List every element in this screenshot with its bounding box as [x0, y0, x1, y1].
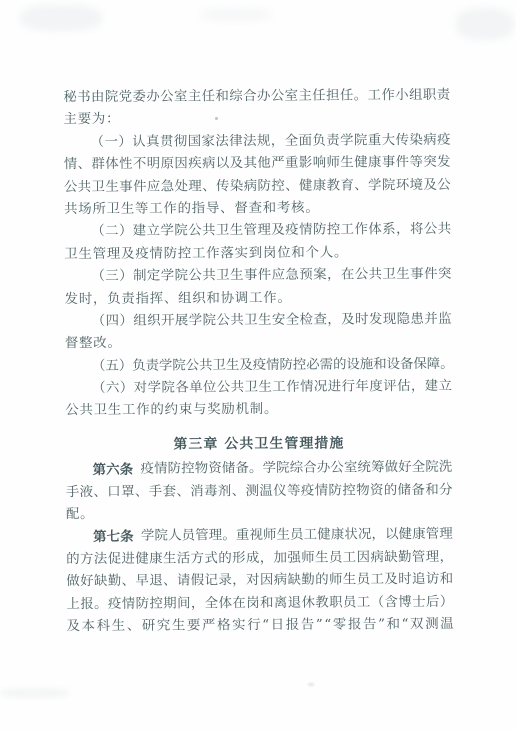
- text-line: 公共卫生工作的约束与奖励机制。: [65, 398, 452, 423]
- scan-smudge: [456, 8, 514, 40]
- text-line: 情、群体性不明原因疾病以及其他严重影响师生健康事件等突发: [64, 152, 451, 177]
- text-line: 手液、口罩、手套、消毒剂、测温仪等疫情防控物资的储备和分: [66, 479, 453, 504]
- text-line: 及本科生、研究生要严格实行“日报告”“零报告”和“双测温: [67, 614, 454, 639]
- text-line: 配。: [66, 502, 453, 527]
- text-line: （三）制定学院公共卫生事件应急预案，在公共卫生事件突: [64, 264, 451, 289]
- text-line: 的方法促进健康生活方式的形成，加强师生员工因病缺勤管理，: [66, 547, 453, 572]
- text-line: （一）认真贯彻国家法律法规，全面负责学院重大传染病疫: [64, 130, 451, 155]
- text-line: 主要为：: [63, 107, 450, 132]
- scan-smudge: [0, 688, 70, 698]
- text-line: 上报。疫情防控期间，全体在岗和离退休教职员工（含博士后）: [66, 591, 453, 616]
- chapter-heading: 第三章 公共卫生管理措施: [65, 432, 452, 457]
- text-line: 共场所卫生等工作的指导、督查和考核。: [64, 197, 451, 222]
- text-line: （五）负责学院公共卫生及疫情防控必需的设施和设备保障。: [65, 354, 452, 379]
- text-line: 公共卫生事件应急处理、传染病防控、健康教育、学院环境及公: [64, 174, 451, 199]
- document-text: 秘书由院党委办公室主任和综合办公室主任担任。工作小组职责主要为：（一）认真贯彻国…: [63, 85, 453, 639]
- text-line: 卫生管理及疫情防控工作落实到岗位和个人。: [64, 242, 451, 267]
- scan-smudge: [20, 5, 102, 31]
- text-line: 做好缺勤、早退、请假记录，对因病缺勤的师生员工及时追访和: [66, 569, 453, 594]
- scan-speck: [308, 683, 314, 686]
- text-line: 发时，负责指挥、组织和协调工作。: [65, 286, 452, 311]
- text-line: （六）对学院各单位公共卫生工作情况进行年度评估，建立: [65, 376, 452, 401]
- text-line: （二）建立学院公共卫生管理及疫情防控工作体系，将公共: [64, 219, 451, 244]
- text-line: 督整改。: [65, 331, 452, 356]
- text-line: 第六条疫情防控物资储备。学院综合办公室统筹做好全院洗: [66, 457, 453, 482]
- scanned-page: 秘书由院党委办公室主任和综合办公室主任担任。工作小组职责主要为：（一）认真贯彻国…: [0, 0, 516, 731]
- text-line: 第七条学院人员管理。重视师生员工健康状况，以健康管理: [66, 524, 453, 549]
- text-line: （四）组织开展学院公共卫生安全检查，及时发现隐患并监: [65, 309, 452, 334]
- text-line: 秘书由院党委办公室主任和综合办公室主任担任。工作小组职责: [63, 85, 450, 110]
- scan-smudge: [200, 8, 272, 21]
